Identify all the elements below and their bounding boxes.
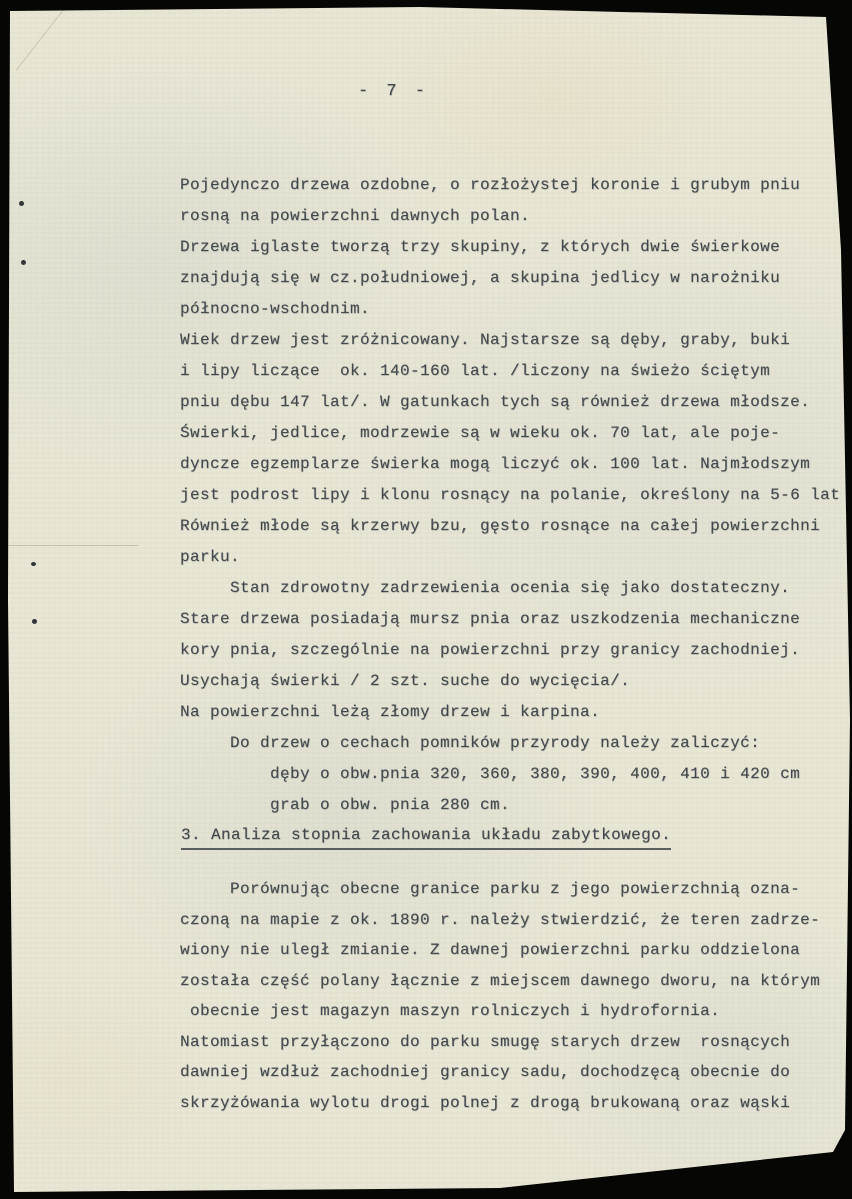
text-line: pniu dębu 147 lat/. W gatunkach tych są … (180, 387, 830, 418)
text-line: parku. (180, 542, 830, 573)
ink-speck (31, 562, 36, 566)
text-line: dęby o obw.pnia 320, 360, 380, 390, 400,… (180, 759, 830, 790)
text-line: dyncze egzemplarze świerka mogą liczyć o… (180, 449, 830, 480)
text-line: została część polany łącznie z miejscem … (180, 966, 830, 997)
text-line: obecnie jest magazyn maszyn rolniczych i… (180, 996, 830, 1027)
text-line: Na powierzchni leżą złomy drzew i karpin… (180, 697, 830, 728)
ink-speck (21, 260, 26, 265)
paper-page: - 7 - Pojedynczo drzewa ozdobne, o rozło… (0, 0, 852, 1199)
text-line: Do drzew o cechach pomników przyrody nal… (180, 728, 830, 759)
text-line: Stan zdrowotny zadrzewienia ocenia się j… (180, 573, 830, 604)
ink-speck (32, 619, 37, 624)
text-line: rosną na powierzchni dawnych polan. (180, 201, 830, 232)
text-line: Drzewa iglaste tworzą trzy skupiny, z kt… (180, 232, 830, 263)
text-line: jest podrost lipy i klonu rosnący na pol… (180, 480, 830, 511)
text-line: Stare drzewa posiadają mursz pnia oraz u… (180, 604, 830, 635)
section-heading: 3. Analiza stopnia zachowania układu zab… (181, 826, 671, 850)
section-heading-row: 3. Analiza stopnia zachowania układu zab… (181, 826, 671, 844)
paper-crease (8, 545, 138, 546)
document-body-section-1: Pojedynczo drzewa ozdobne, o rozłożystej… (180, 170, 830, 821)
text-line: znajdują się w cz.południowej, a skupina… (180, 263, 830, 294)
text-line: Świerki, jedlice, modrzewie są w wieku o… (180, 418, 830, 449)
text-line: skrzyżówania wylotu drogi polnej z drogą… (180, 1088, 830, 1119)
text-line: i lipy liczące ok. 140-160 lat. /liczony… (180, 356, 830, 387)
text-line: Również młode są krzerwy bzu, gęsto rosn… (180, 511, 830, 542)
text-line: Natomiast przyłączono do parku smugę sta… (180, 1027, 830, 1058)
page-number: - 7 - (358, 82, 429, 101)
paper-corner-crease (16, 0, 85, 71)
document-body-section-2: Porównując obecne granice parku z jego p… (180, 874, 830, 1118)
text-line: Porównując obecne granice parku z jego p… (180, 874, 830, 905)
text-line: Wiek drzew jest zróżnicowany. Najstarsze… (180, 325, 830, 356)
text-line: dawniej wzdłuż zachodniej granicy sadu, … (180, 1057, 830, 1088)
text-line: Usychają świerki / 2 szt. suche do wycię… (180, 666, 830, 697)
text-line: Pojedynczo drzewa ozdobne, o rozłożystej… (180, 170, 830, 201)
text-line: grab o obw. pnia 280 cm. (180, 790, 830, 821)
text-line: kory pnia, szczególnie na powierzchni pr… (180, 635, 830, 666)
text-line: wiony nie uległ zmianie. Z dawnej powier… (180, 935, 830, 966)
text-line: czoną na mapie z ok. 1890 r. należy stwi… (180, 905, 830, 936)
text-line: północno-wschodnim. (180, 294, 830, 325)
scan-background: - 7 - Pojedynczo drzewa ozdobne, o rozło… (0, 0, 852, 1199)
ink-speck (19, 201, 24, 206)
